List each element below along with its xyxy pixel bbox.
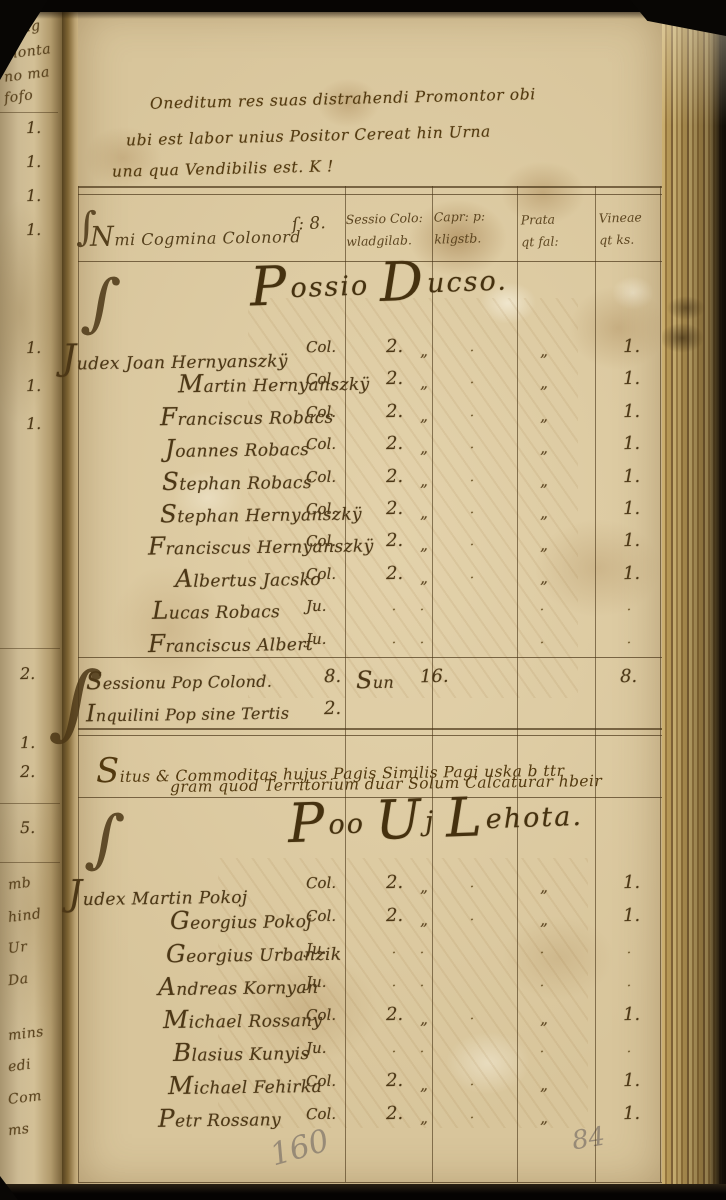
ditto-mark: „ xyxy=(540,536,548,554)
ditto-mark: „ xyxy=(540,439,548,457)
grid-line-horizontal xyxy=(78,735,662,736)
row-name: Franciscus Hernyanszkÿ xyxy=(148,529,374,561)
sessio-value: 2. xyxy=(386,872,403,893)
row-name: Albertus Jacsko xyxy=(175,562,321,593)
vineae-value: 1. xyxy=(623,905,640,926)
ditto-mark: „ xyxy=(420,472,428,490)
margin-tally: 1. xyxy=(26,338,42,357)
vineae-value: 1. xyxy=(623,1103,640,1124)
vineae-value: 1. xyxy=(623,368,640,389)
dot-mark: · xyxy=(420,946,424,961)
margin-fragment: Com xyxy=(7,1088,43,1108)
row-name: Franciscus Albert xyxy=(148,626,313,657)
ditto-mark: „ xyxy=(540,878,548,896)
grid-line-vertical xyxy=(78,186,79,1182)
ditto-mark: „ xyxy=(540,569,548,587)
row-status: Col. xyxy=(306,1006,336,1024)
dot-mark: · xyxy=(627,603,631,618)
ditto-mark: „ xyxy=(540,374,548,392)
vineae-value: 1. xyxy=(623,401,640,422)
row-name: Martin Hernyanszkÿ xyxy=(178,367,370,399)
margin-fragment: ms xyxy=(7,1121,30,1139)
summary-word: Sun xyxy=(356,666,394,695)
ditto-mark: „ xyxy=(420,407,428,425)
dot-mark: · xyxy=(470,1078,474,1093)
ditto-mark: „ xyxy=(420,504,428,522)
grid-line-vertical xyxy=(517,186,518,1182)
ditto-mark: „ xyxy=(420,1109,428,1127)
book-scan: Oneditum res suas distrahendi Promontor … xyxy=(0,0,726,1200)
sessio-value: 2. xyxy=(386,368,403,389)
ditto-mark: „ xyxy=(420,439,428,457)
ditto-mark: „ xyxy=(420,536,428,554)
vineae-value: 1. xyxy=(623,530,640,551)
margin-tally: 1. xyxy=(26,220,42,239)
grid-line-horizontal xyxy=(78,797,662,798)
dot-mark: · xyxy=(392,636,396,651)
dot-mark: · xyxy=(392,946,396,961)
dot-mark: · xyxy=(420,979,424,994)
sessio-value: 2. xyxy=(386,465,403,486)
summary-value: 16. xyxy=(420,666,449,687)
row-name: Joannes Robacs xyxy=(165,432,310,463)
sessio-value: 2. xyxy=(386,401,403,422)
ditto-mark: „ xyxy=(420,569,428,587)
ditto-mark: „ xyxy=(420,1076,428,1094)
grid-line-vertical xyxy=(345,186,346,1182)
margin-fragment: Da xyxy=(7,971,29,989)
row-status: Col. xyxy=(306,907,336,925)
summary-vineae-value: 8. xyxy=(620,666,637,687)
grid-line-horizontal xyxy=(78,1182,662,1183)
row-status: Col. xyxy=(306,370,336,388)
vineae-value: 1. xyxy=(623,1004,640,1025)
dot-mark: · xyxy=(470,880,474,895)
dot-mark: · xyxy=(627,636,631,651)
ditto-mark: „ xyxy=(420,911,428,929)
margin-line xyxy=(0,862,60,863)
dot-mark: · xyxy=(627,979,631,994)
grid-line-horizontal xyxy=(78,261,662,262)
row-status: Col. xyxy=(306,532,336,550)
row-status: Ju. xyxy=(306,597,327,615)
margin-tally: 1. xyxy=(26,186,42,205)
row-status: Col. xyxy=(306,500,336,518)
ditto-mark: „ xyxy=(540,911,548,929)
dot-mark: · xyxy=(540,1045,544,1060)
margin-fragment: edi xyxy=(7,1057,32,1076)
sessio-value: 2. xyxy=(386,498,403,519)
row-status: Col. xyxy=(306,467,336,485)
dot-mark: · xyxy=(540,946,544,961)
row-name: Andreas Kornyan xyxy=(158,970,319,1001)
vineae-value: 1. xyxy=(623,433,640,454)
ditto-mark: „ xyxy=(420,1010,428,1028)
row-name: Michael Rossany xyxy=(163,1003,323,1034)
vineae-value: 1. xyxy=(623,498,640,519)
row-status: Ju. xyxy=(306,973,327,991)
sessio-value: 2. xyxy=(386,530,403,551)
margin-fragment: fofo xyxy=(3,87,34,106)
dot-mark: · xyxy=(470,474,474,489)
dot-mark: · xyxy=(420,1045,424,1060)
row-status: Ju. xyxy=(306,1039,327,1057)
row-status: Ju. xyxy=(306,629,327,647)
vineae-value: 1. xyxy=(623,872,640,893)
dot-mark: · xyxy=(540,603,544,618)
summary-label: Sessionu Pop Colond. xyxy=(86,665,272,696)
dot-mark: · xyxy=(470,506,474,521)
sessio-value: 2. xyxy=(386,1103,403,1124)
margin-fragment: mb xyxy=(7,875,32,894)
grid-line-vertical xyxy=(660,186,661,1182)
ditto-mark: „ xyxy=(540,472,548,490)
row-status: Col. xyxy=(306,435,336,453)
summary-label: Inquilini Pop sine Tertis xyxy=(86,697,290,728)
margin-fragment: hind xyxy=(7,906,42,926)
sessio-value: 2. xyxy=(386,563,403,584)
dot-mark: · xyxy=(420,603,424,618)
dot-mark: · xyxy=(470,376,474,391)
margin-number: 5. xyxy=(20,818,36,837)
margin-fragment: no ma xyxy=(3,64,51,85)
margin-number: 2. xyxy=(20,664,36,683)
margin-tally: 1. xyxy=(26,118,42,137)
vineae-value: 1. xyxy=(623,465,640,486)
ditto-mark: „ xyxy=(540,342,548,360)
dot-mark: · xyxy=(627,1045,631,1060)
margin-number: 2. xyxy=(20,762,36,781)
dot-mark: · xyxy=(540,979,544,994)
dot-mark: · xyxy=(470,441,474,456)
margin-fragment: Ur xyxy=(7,939,28,957)
dot-mark: · xyxy=(392,1045,396,1060)
ditto-mark: „ xyxy=(420,374,428,392)
sessio-value: 2. xyxy=(386,1004,403,1025)
row-status: Ju. xyxy=(306,940,327,958)
margin-line xyxy=(0,648,60,649)
margin-line xyxy=(0,112,58,113)
vineae-value: 1. xyxy=(623,563,640,584)
summary-value: 8. xyxy=(324,666,341,687)
dot-mark: · xyxy=(470,344,474,359)
dot-mark: · xyxy=(470,538,474,553)
dot-mark: · xyxy=(470,913,474,928)
dot-mark: · xyxy=(470,409,474,424)
margin-tally: 1. xyxy=(26,152,42,171)
vineae-value: 1. xyxy=(623,1070,640,1091)
dot-mark: · xyxy=(540,636,544,651)
book-edge-top xyxy=(0,0,726,12)
dot-mark: · xyxy=(420,636,424,651)
row-name: Petr Rossany xyxy=(158,1102,281,1133)
dot-mark: · xyxy=(470,1012,474,1027)
grid-line-horizontal xyxy=(78,186,662,188)
ditto-mark: „ xyxy=(420,878,428,896)
row-name: Lucas Robacs xyxy=(152,594,281,625)
row-status: Col. xyxy=(306,565,336,583)
ditto-mark: „ xyxy=(540,504,548,522)
row-status: Col. xyxy=(306,1105,336,1123)
margin-tally: 1. xyxy=(26,376,42,395)
dot-mark: · xyxy=(392,603,396,618)
row-name: Blasius Kunyis xyxy=(173,1036,310,1067)
sessio-value: 2. xyxy=(386,433,403,454)
ditto-mark: „ xyxy=(540,1076,548,1094)
margin-line xyxy=(0,803,60,804)
ditto-mark: „ xyxy=(420,342,428,360)
row-status: Col. xyxy=(306,338,336,356)
ditto-mark: „ xyxy=(540,407,548,425)
dot-mark: · xyxy=(392,979,396,994)
ditto-mark: „ xyxy=(540,1109,548,1127)
margin-tally: 1. xyxy=(26,414,42,433)
row-status: Col. xyxy=(306,1072,336,1090)
sessio-value: 2. xyxy=(386,1070,403,1091)
row-name: Stephan Robacs xyxy=(162,465,312,496)
table-grid-and-rows: Judex Joan HernyanszkÿCol.2.„·„1.Martin … xyxy=(0,0,726,1200)
vineae-value: 1. xyxy=(623,336,640,357)
dot-mark: · xyxy=(627,946,631,961)
summary-value: 2. xyxy=(324,698,341,719)
dot-mark: · xyxy=(470,1111,474,1126)
margin-number: 1. xyxy=(20,733,36,752)
sessio-value: 2. xyxy=(386,905,403,926)
ditto-mark: „ xyxy=(540,1010,548,1028)
book-edge-bottom xyxy=(0,1184,726,1200)
dot-mark: · xyxy=(470,571,474,586)
sessio-value: 2. xyxy=(386,336,403,357)
row-name: Georgius Pokoj xyxy=(170,904,312,935)
grid-line-horizontal xyxy=(78,728,662,730)
grid-line-vertical xyxy=(595,186,596,1182)
row-name: Michael Fehirka xyxy=(168,1069,322,1100)
grid-line-horizontal xyxy=(78,194,662,195)
margin-fragment: mins xyxy=(7,1024,45,1044)
row-status: Col. xyxy=(306,403,336,421)
row-status: Col. xyxy=(306,874,336,892)
